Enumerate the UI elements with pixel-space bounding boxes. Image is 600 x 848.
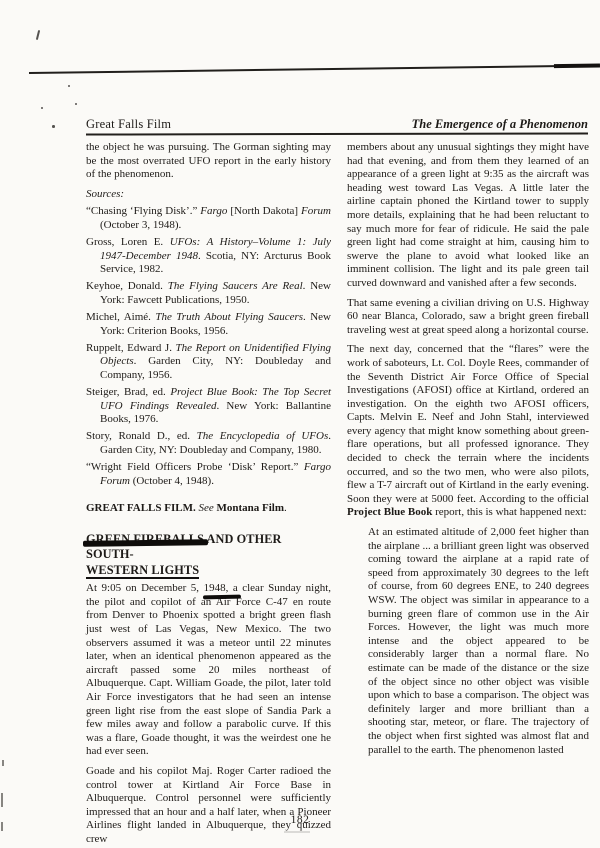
scanned-book-page: Great Falls Film The Emergence of a Phen… — [0, 0, 600, 848]
scan-speck — [36, 30, 40, 40]
sources-label: Sources: — [86, 188, 331, 202]
scan-speck — [68, 85, 70, 87]
scan-speck — [41, 107, 43, 109]
body-paragraph: That same evening a civilian driving on … — [347, 297, 589, 338]
running-header-right: The Emergence of a Phenomenon — [412, 117, 588, 132]
right-column: members about any unusual sightings they… — [347, 141, 589, 763]
section-heading: GREEN FIREBALLS AND OTHER SOUTH-WESTERN … — [86, 532, 331, 579]
source-entry: Michel, Aimé. The Truth About Flying Sau… — [86, 311, 331, 338]
source-entry: Keyhoe, Donald. The Flying Saucers Are R… — [86, 280, 331, 307]
scan-edge-mark — [1, 793, 3, 807]
body-paragraph: Goade and his copilot Maj. Roger Carter … — [86, 765, 331, 847]
body-paragraph: members about any unusual sightings they… — [347, 141, 589, 291]
page-number: 182 — [0, 814, 600, 826]
blockquote: At an estimated altitude of 2,000 feet h… — [368, 526, 589, 757]
scan-speck — [52, 125, 55, 128]
scan-edge-line — [29, 65, 600, 75]
scan-smudge — [284, 831, 310, 833]
source-entry: Story, Ronald D., ed. The Encyclopedia o… — [86, 430, 331, 457]
running-header: Great Falls Film The Emergence of a Phen… — [86, 117, 588, 132]
intro-paragraph: the object he was pursuing. The Gorman s… — [86, 141, 331, 182]
header-rule — [86, 132, 588, 135]
source-entry: “Wright Field Officers Probe ‘Disk’ Repo… — [86, 461, 331, 488]
source-entry: Gross, Loren E. UFOs: A History–Volume 1… — [86, 236, 331, 277]
source-entry: “Chasing ‘Flying Disk’.” Fargo [North Da… — [86, 205, 331, 232]
left-column: the object he was pursuing. The Gorman s… — [86, 141, 331, 848]
source-entry: Ruppelt, Edward J. The Report on Unident… — [86, 342, 331, 383]
running-header-left: Great Falls Film — [86, 117, 171, 132]
scan-speck — [75, 103, 77, 105]
source-entry: Steiger, Brad, ed. Project Blue Book: Th… — [86, 386, 331, 427]
scan-edge-mark — [2, 760, 4, 766]
body-paragraph: The next day, concerned that the “flares… — [347, 343, 589, 520]
cross-reference-entry: GREAT FALLS FILM. See Montana Film. — [86, 502, 331, 516]
body-paragraph: At 9:05 on December 5, 1948, a clear Sun… — [86, 582, 331, 759]
